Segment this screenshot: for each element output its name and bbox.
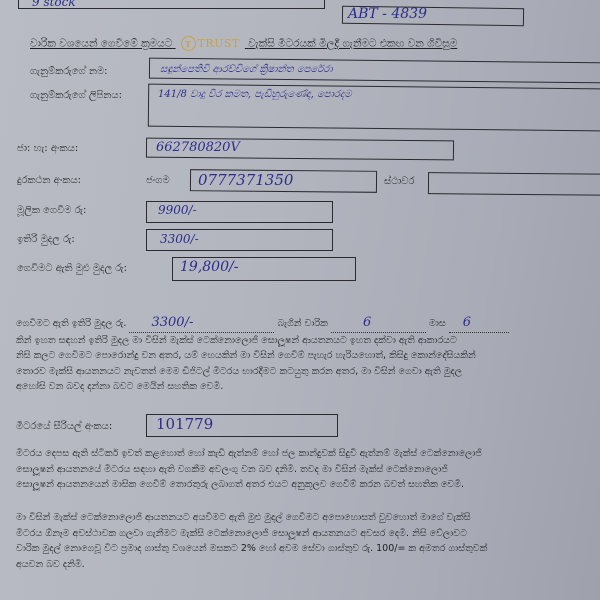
- installment-line-4: තොරව මැක්සි ආයතනයට නැවතත් මෙම ඩිජිටල් මී…: [16, 364, 600, 380]
- installment-count-value: 6: [363, 315, 371, 330]
- installment-count-field[interactable]: 6: [331, 315, 426, 333]
- terms-paragraph-2: මා විසින් මැක්ස් ටෙක්නොලොජි ආයතනයට අයවීම…: [16, 510, 600, 572]
- mobile-label: ජංගම: [146, 175, 170, 186]
- installment-months-value: 6: [463, 315, 471, 330]
- buyer-address-label: ගැනුම්කරුගේ ලිපිනය:: [30, 90, 122, 101]
- landline-label: ස්ථාවර: [384, 176, 414, 187]
- account-code-value: ABT - 4839: [348, 6, 427, 22]
- initial-payment-label: මූලික ගෙවීම රු:: [17, 205, 86, 216]
- installment-paragraph: ගෙවීමට ඇති ඉතිරි මුදල රු. 3300/- බැගින් …: [16, 315, 600, 395]
- nic-label: ජා: හැ: අංකය:: [17, 143, 78, 154]
- total-payable-label: ගෙවීමට ඇති මුළු මුදල රු:: [17, 263, 127, 274]
- balance-label: ඉතිරි මුදල රු:: [17, 234, 75, 245]
- title-after-logo: වැක්සි මීටරයක් මිලදී ගැනීමට එකඟ වන ගිවිස…: [248, 38, 457, 50]
- title-before-logo: වාරික වශයෙන් ගෙවීමේ ක්‍රමයට: [30, 38, 172, 50]
- serial-label: මීටරයේ සීරියල් අංකය:: [16, 421, 112, 432]
- landline-field[interactable]: [428, 172, 600, 196]
- buyer-name-value: සඳුන්පෙතිවි ආරච්චිගේ ක්‍රිෂාන්ත පෙරේරා: [160, 64, 333, 75]
- installment-line-1: ගෙවීමට ඇති ඉතිරි මුදල රු. 3300/- බැගින් …: [16, 315, 600, 333]
- top-left-partial-value: 9 stock: [32, 0, 76, 9]
- trust-logo: T TRUST: [181, 36, 240, 51]
- nic-value: 662780820V: [156, 140, 240, 155]
- installment-months-field[interactable]: 6: [449, 315, 509, 333]
- trust-emblem-icon: T: [181, 36, 196, 51]
- buyer-address-value: 141/8 වාදු විර කමත, පැඩිහුරුණේඳ, පොරදම: [158, 89, 352, 100]
- serial-value: 101779: [156, 415, 213, 433]
- mobile-value: 0777371350: [198, 171, 293, 189]
- installment-line-2: කින් ඉහත සඳහන් ඉතිරි මුදල මා විසින් මැක්…: [16, 333, 600, 349]
- terms-paragraph-1: මීටරය දෙපස ඇති ස්ටිකර් ඉවත් කළහොත් හෝ කැ…: [16, 446, 600, 493]
- installment-amount-field[interactable]: 3300/-: [129, 315, 274, 333]
- buyer-name-label: ගැනුම්කරුගේ නම:: [30, 66, 108, 77]
- phone-label: දුරකථන අංකය:: [17, 175, 81, 186]
- installment-line-5: අහෝසි වන බවද දන්නා බවට මෙයින් සහතික වෙමි…: [16, 379, 600, 395]
- installment-line-3: නිසි කලට ගෙවීමට පොරොන්දු වන අතර, යම් හෙය…: [16, 348, 600, 364]
- balance-value: 3300/-: [160, 232, 199, 246]
- installment-amount-value: 3300/-: [151, 315, 193, 330]
- total-payable-value: 19,800/-: [180, 259, 238, 275]
- form-title: වාරික වශයෙන් ගෙවීමේ ක්‍රමයට T TRUST වැක්…: [30, 36, 457, 51]
- initial-payment-value: 9900/-: [158, 203, 197, 217]
- trust-logo-text: TRUST: [198, 37, 240, 50]
